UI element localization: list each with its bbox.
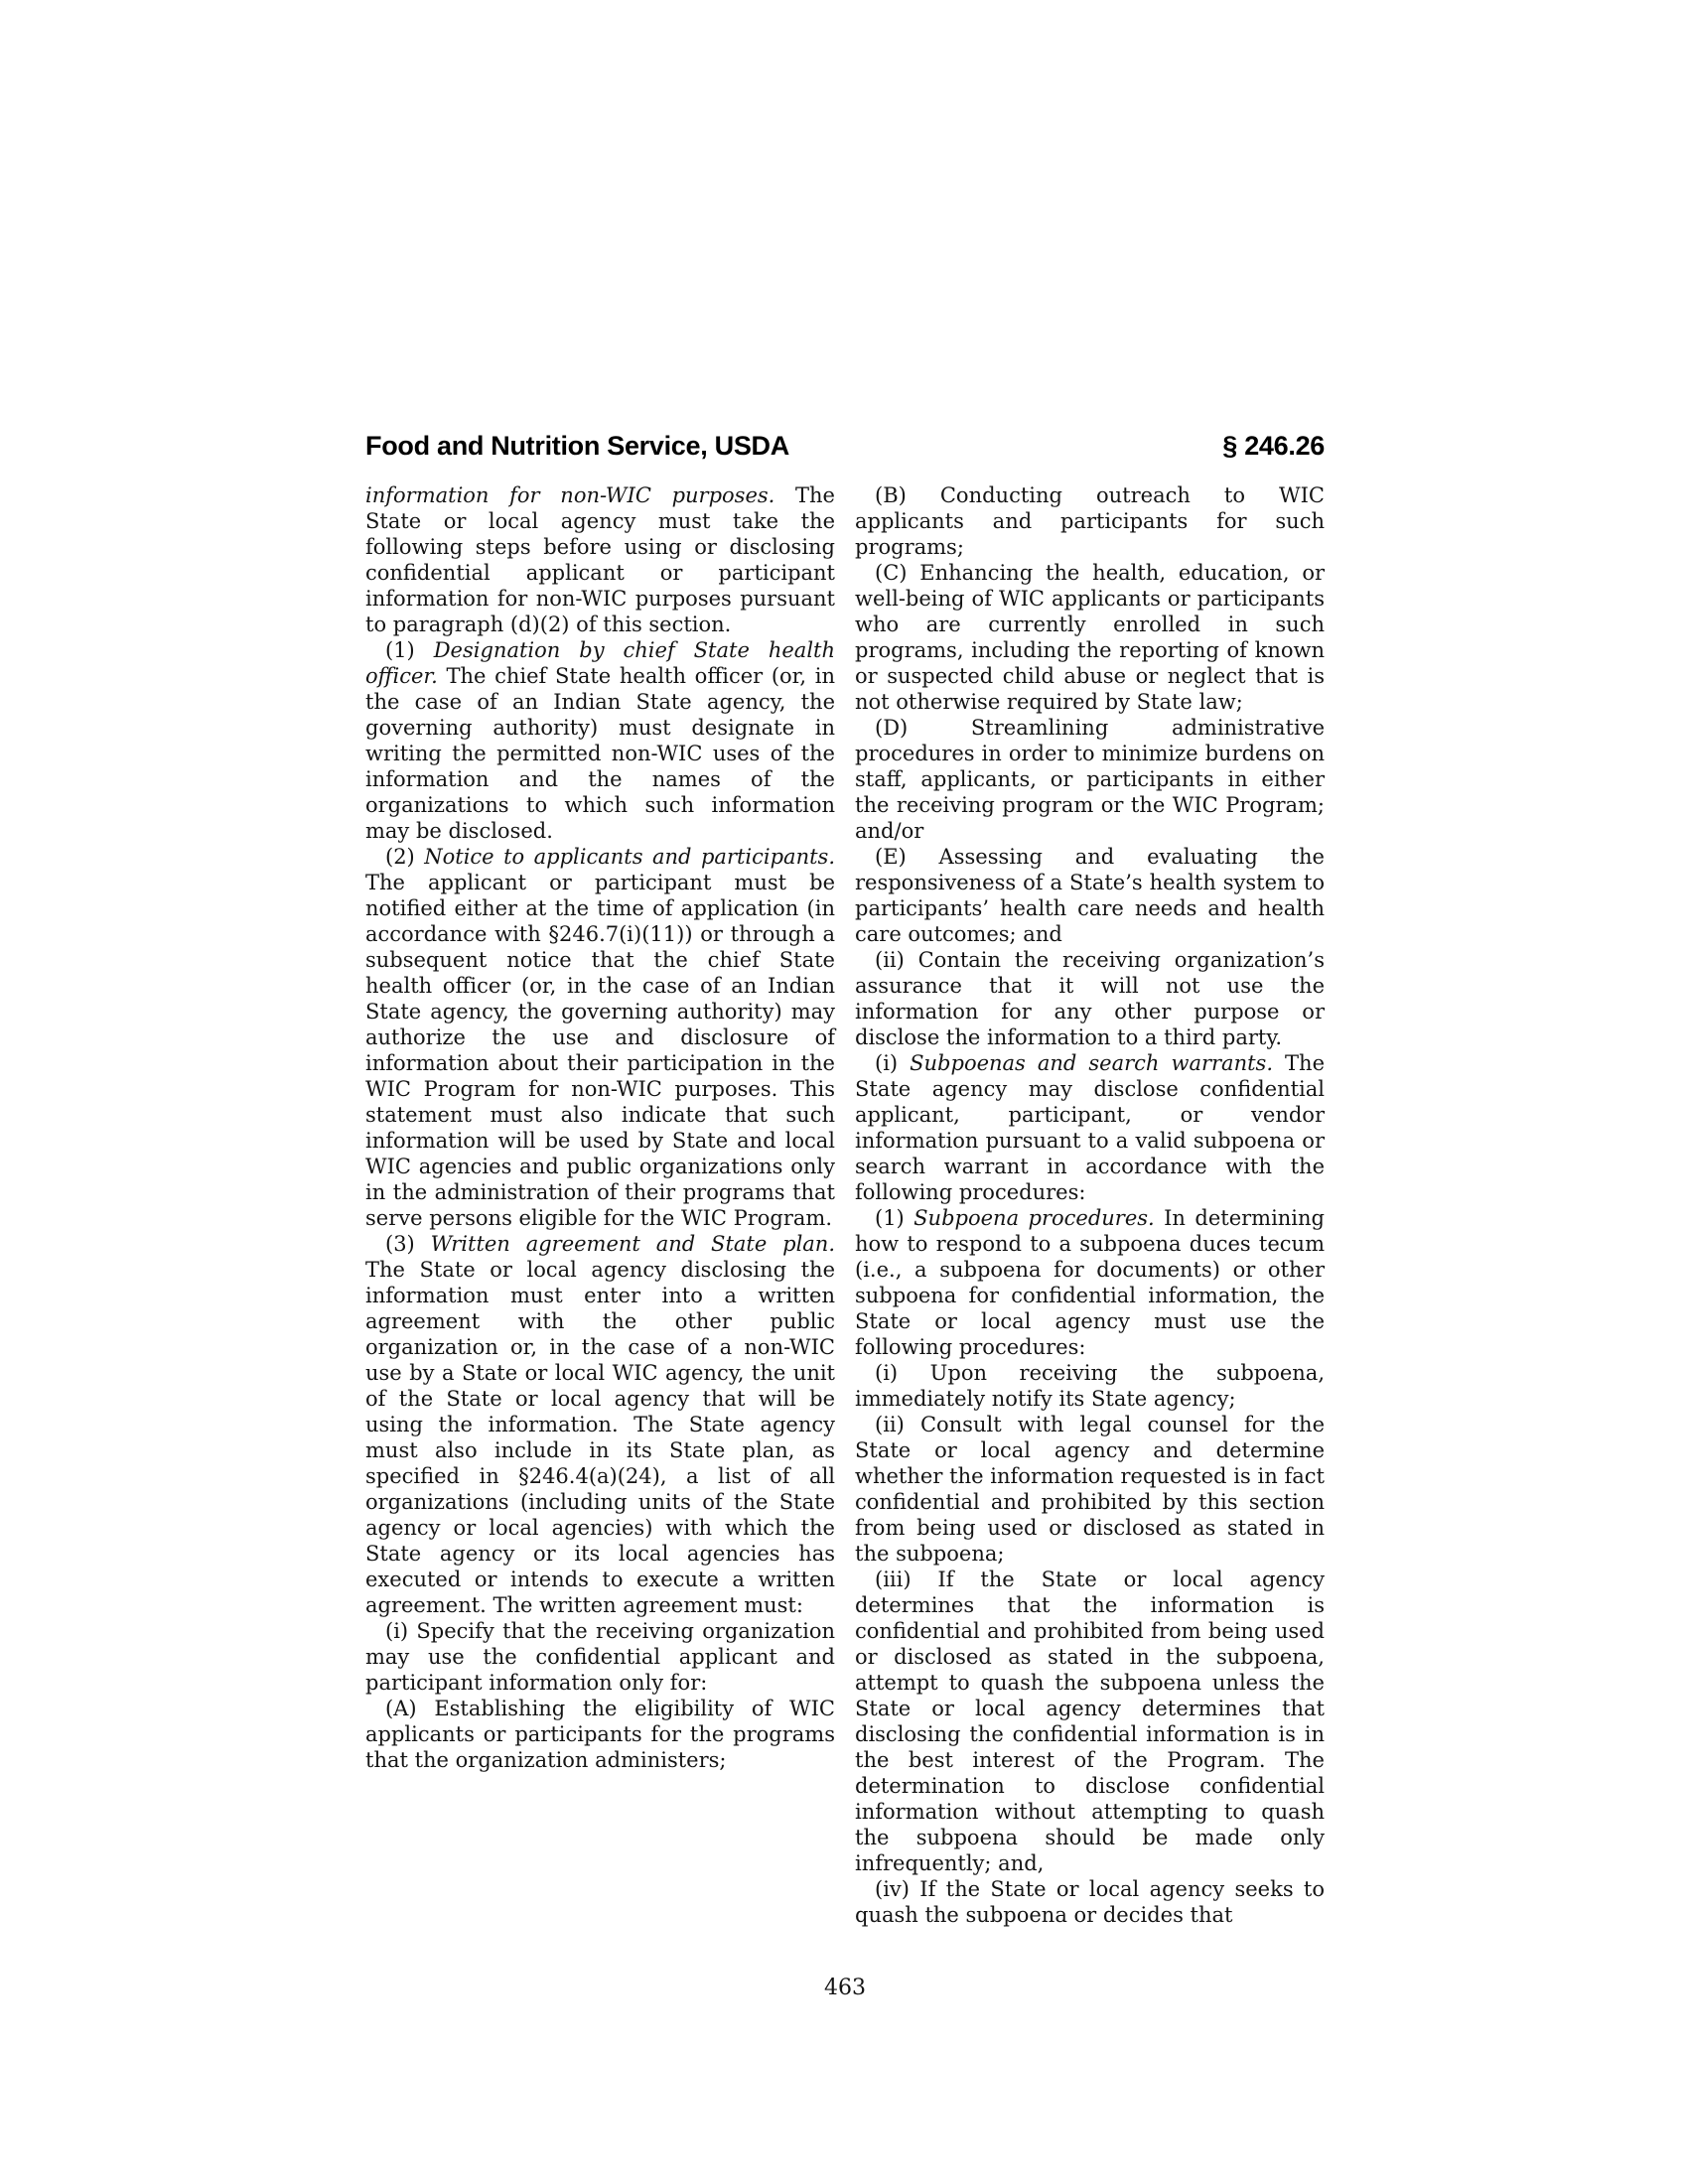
paragraph: information for non-WIC purposes. The St… xyxy=(365,482,835,637)
text-body: information for non-WIC purposes. The St… xyxy=(365,482,1325,1928)
running-header-section-number: § 246.26 xyxy=(1222,431,1325,462)
paragraph: (B) Conducting outreach to WIC applicant… xyxy=(855,482,1325,560)
paragraph: (2) Notice to applicants and participant… xyxy=(365,844,835,1231)
running-header-title: Food and Nutrition Service, USDA xyxy=(365,431,789,462)
paragraph: (i) Upon receiving the subpoena, immedia… xyxy=(855,1360,1325,1412)
paragraph: (iv) If the State or local agency seeks … xyxy=(855,1876,1325,1928)
paragraph: (ii) Contain the receiving organization’… xyxy=(855,947,1325,1050)
text-column-left: information for non-WIC purposes. The St… xyxy=(365,482,835,1928)
document-page: Food and Nutrition Service, USDA § 246.2… xyxy=(0,0,1688,2184)
paragraph: (D) Streamlining administrative procedur… xyxy=(855,715,1325,844)
text-column-right: (B) Conducting outreach to WIC applicant… xyxy=(855,482,1325,1928)
paragraph: (i) Specify that the receiving organizat… xyxy=(365,1618,835,1696)
paragraph: (i) Subpoenas and search warrants. The S… xyxy=(855,1050,1325,1205)
paragraph: (1) Designation by chief State health of… xyxy=(365,637,835,844)
paragraph: (A) Establishing the eligibility of WIC … xyxy=(365,1696,835,1773)
paragraph: (iii) If the State or local agency deter… xyxy=(855,1567,1325,1876)
paragraph: (ii) Consult with legal counsel for the … xyxy=(855,1412,1325,1567)
paragraph: (1) Subpoena procedures. In determining … xyxy=(855,1205,1325,1360)
paragraph: (3) Written agreement and State plan. Th… xyxy=(365,1231,835,1618)
paragraph: (C) Enhancing the health, education, or … xyxy=(855,560,1325,715)
running-header: Food and Nutrition Service, USDA § 246.2… xyxy=(365,431,1325,462)
page-number: 463 xyxy=(365,1976,1325,2001)
paragraph: (E) Assessing and evaluating the respons… xyxy=(855,844,1325,947)
